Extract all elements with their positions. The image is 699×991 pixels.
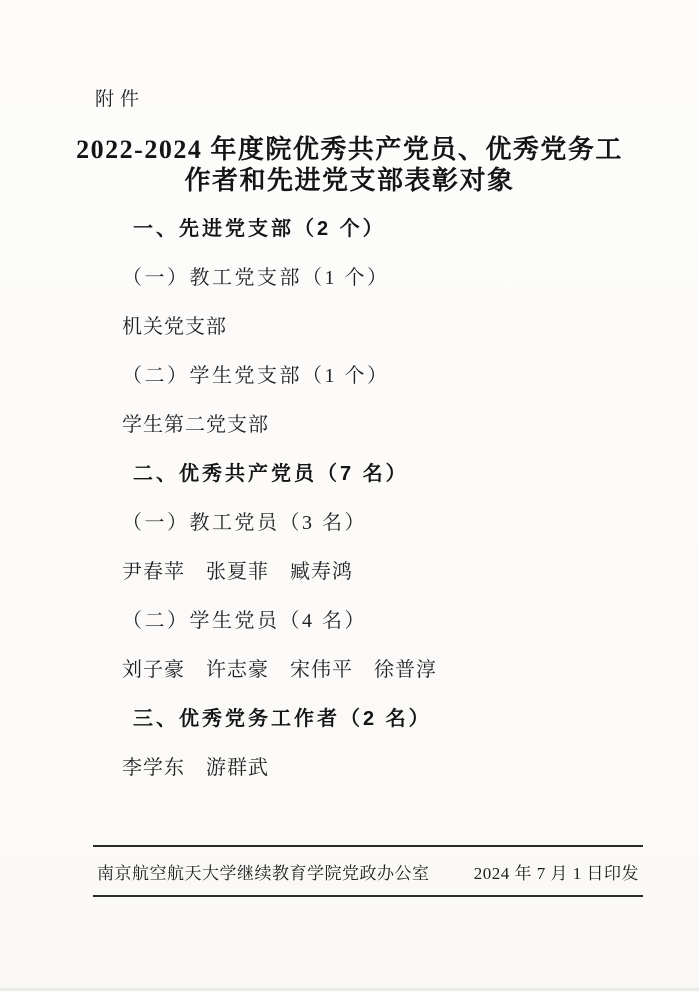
document-footer: 南京航空航天大学继续教育学院党政办公室 2024 年 7 月 1 日印发 xyxy=(93,845,643,897)
subsection-heading-faculty-members: （一）教工党员（3 名） xyxy=(97,513,659,533)
attachment-label: 附件 xyxy=(95,84,145,111)
subsection-heading-student-members: （二）学生党员（4 名） xyxy=(97,611,659,631)
document-title: 2022-2024 年度院优秀共产党员、优秀党务工 作者和先进党支部表彰对象 xyxy=(30,134,669,196)
document-title-line-2: 作者和先进党支部表彰对象 xyxy=(30,165,669,196)
member-names-line: 刘子豪 许志豪 宋伟平 徐普淳 xyxy=(97,660,659,680)
worker-names-line: 李学东 游群武 xyxy=(97,758,659,778)
section-heading-advanced-branches: 一、先进党支部（2 个） xyxy=(97,219,659,239)
subsection-heading-faculty-branches: （一）教工党支部（1 个） xyxy=(97,268,659,288)
section-heading-outstanding-members: 二、优秀共产党员（7 名） xyxy=(97,464,659,484)
print-date: 2024 年 7 月 1 日印发 xyxy=(474,859,639,884)
document-body: 一、先进党支部（2 个） （一）教工党支部（1 个） 机关党支部 （二）学生党支… xyxy=(97,219,659,807)
member-names-line: 尹春苹 张夏菲 臧寿鸿 xyxy=(97,562,659,582)
subsection-heading-student-branches: （二）学生党支部（1 个） xyxy=(97,366,659,386)
section-heading-outstanding-party-workers: 三、优秀党务工作者（2 名） xyxy=(97,709,659,729)
document-title-line-1: 2022-2024 年度院优秀共产党员、优秀党务工 xyxy=(30,134,669,165)
issuing-office: 南京航空航天大学继续教育学院党政办公室 xyxy=(97,859,430,884)
document-page: 附件 2022-2024 年度院优秀共产党员、优秀党务工 作者和先进党支部表彰对… xyxy=(0,0,699,991)
branch-name-line: 学生第二党支部 xyxy=(97,415,659,435)
branch-name-line: 机关党支部 xyxy=(97,317,659,337)
